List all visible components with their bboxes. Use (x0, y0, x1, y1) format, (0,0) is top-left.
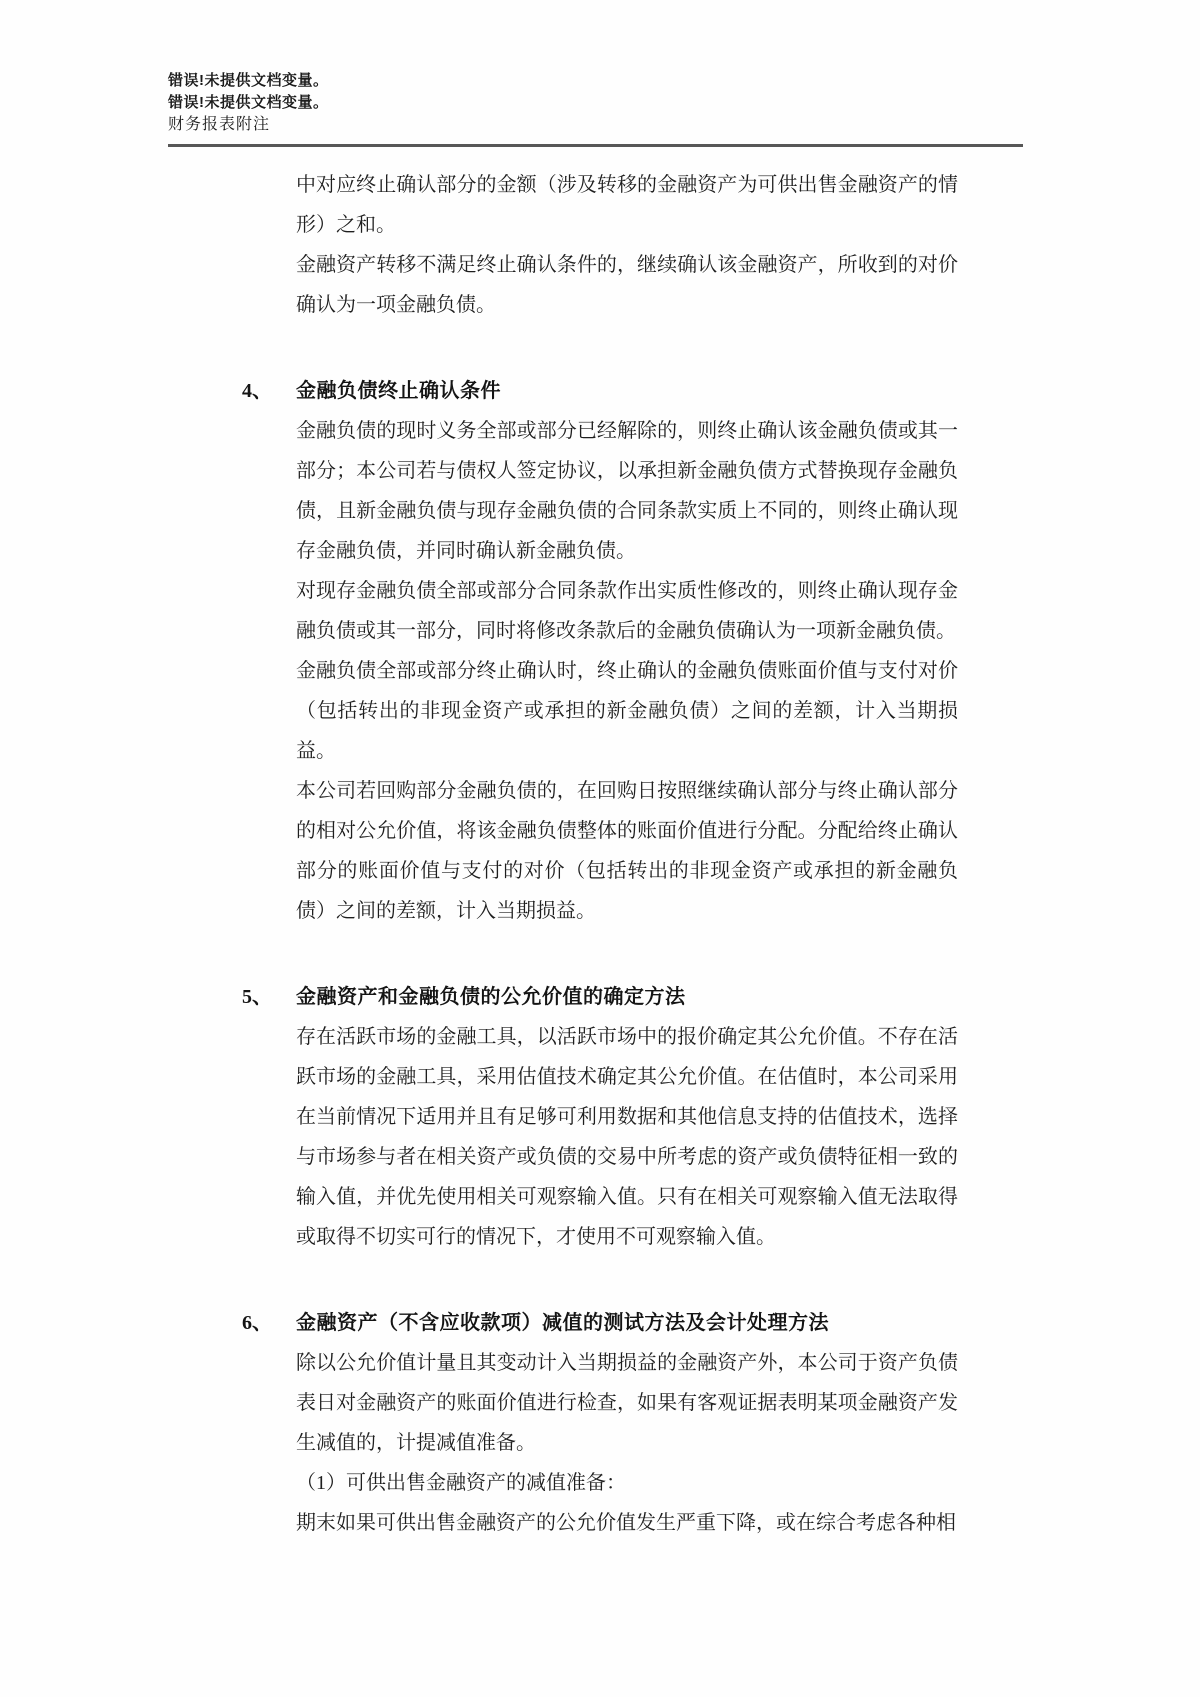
continuation-paragraph-1: 中对应终止确认部分的金额（涉及转移的金融资产为可供出售金融资产的情形）之和。 (296, 165, 958, 245)
section-4-heading: 4、 金融负债终止确认条件 (242, 371, 958, 411)
document-body: 中对应终止确认部分的金额（涉及转移的金融资产为可供出售金融资产的情形）之和。 金… (242, 165, 958, 1543)
section-4: 4、 金融负债终止确认条件 金融负债的现时义务全部或部分已经解除的，则终止确认该… (242, 371, 958, 931)
page-header: 错误!未提供文档变量。 错误!未提供文档变量。 财务报表附注 (168, 70, 1023, 147)
section-4-paragraph-1: 金融负债的现时义务全部或部分已经解除的，则终止确认该金融负债或其一部分；本公司若… (296, 411, 958, 571)
section-5: 5、 金融资产和金融负债的公允价值的确定方法 存在活跃市场的金融工具，以活跃市场… (242, 977, 958, 1257)
document-page: 错误!未提供文档变量。 错误!未提供文档变量。 财务报表附注 中对应终止确认部分… (0, 0, 1200, 1697)
section-4-paragraph-2: 对现存金融负债全部或部分合同条款作出实质性修改的，则终止确认现存金融负债或其一部… (296, 571, 958, 651)
section-5-title: 金融资产和金融负债的公允价值的确定方法 (296, 977, 958, 1017)
section-6-paragraph-2: （1）可供出售金融资产的减值准备： (296, 1463, 958, 1503)
section-6-heading: 6、 金融资产（不含应收款项）减值的测试方法及会计处理方法 (242, 1303, 958, 1343)
continuation-paragraph-2: 金融资产转移不满足终止确认条件的，继续确认该金融资产，所收到的对价确认为一项金融… (296, 245, 958, 325)
header-error-line-1: 错误!未提供文档变量。 (168, 70, 1023, 92)
section-6-number: 6、 (242, 1303, 296, 1343)
section-6-title: 金融资产（不含应收款项）减值的测试方法及会计处理方法 (296, 1303, 958, 1343)
section-5-paragraph-1: 存在活跃市场的金融工具，以活跃市场中的报价确定其公允价值。不存在活跃市场的金融工… (296, 1017, 958, 1257)
section-4-title: 金融负债终止确认条件 (296, 371, 958, 411)
section-5-heading: 5、 金融资产和金融负债的公允价值的确定方法 (242, 977, 958, 1017)
section-5-number: 5、 (242, 977, 296, 1017)
header-subtitle: 财务报表附注 (168, 114, 1023, 136)
section-4-paragraph-4: 本公司若回购部分金融负债的，在回购日按照继续确认部分与终止确认部分的相对公允价值… (296, 771, 958, 931)
header-error-line-2: 错误!未提供文档变量。 (168, 92, 1023, 114)
section-4-paragraph-3: 金融负债全部或部分终止确认时，终止确认的金融负债账面价值与支付对价（包括转出的非… (296, 651, 958, 771)
section-6-paragraph-1: 除以公允价值计量且其变动计入当期损益的金融资产外，本公司于资产负债表日对金融资产… (296, 1343, 958, 1463)
section-6-paragraph-3: 期末如果可供出售金融资产的公允价值发生严重下降，或在综合考虑各种相 (296, 1503, 958, 1543)
section-4-number: 4、 (242, 371, 296, 411)
section-6: 6、 金融资产（不含应收款项）减值的测试方法及会计处理方法 除以公允价值计量且其… (242, 1303, 958, 1543)
